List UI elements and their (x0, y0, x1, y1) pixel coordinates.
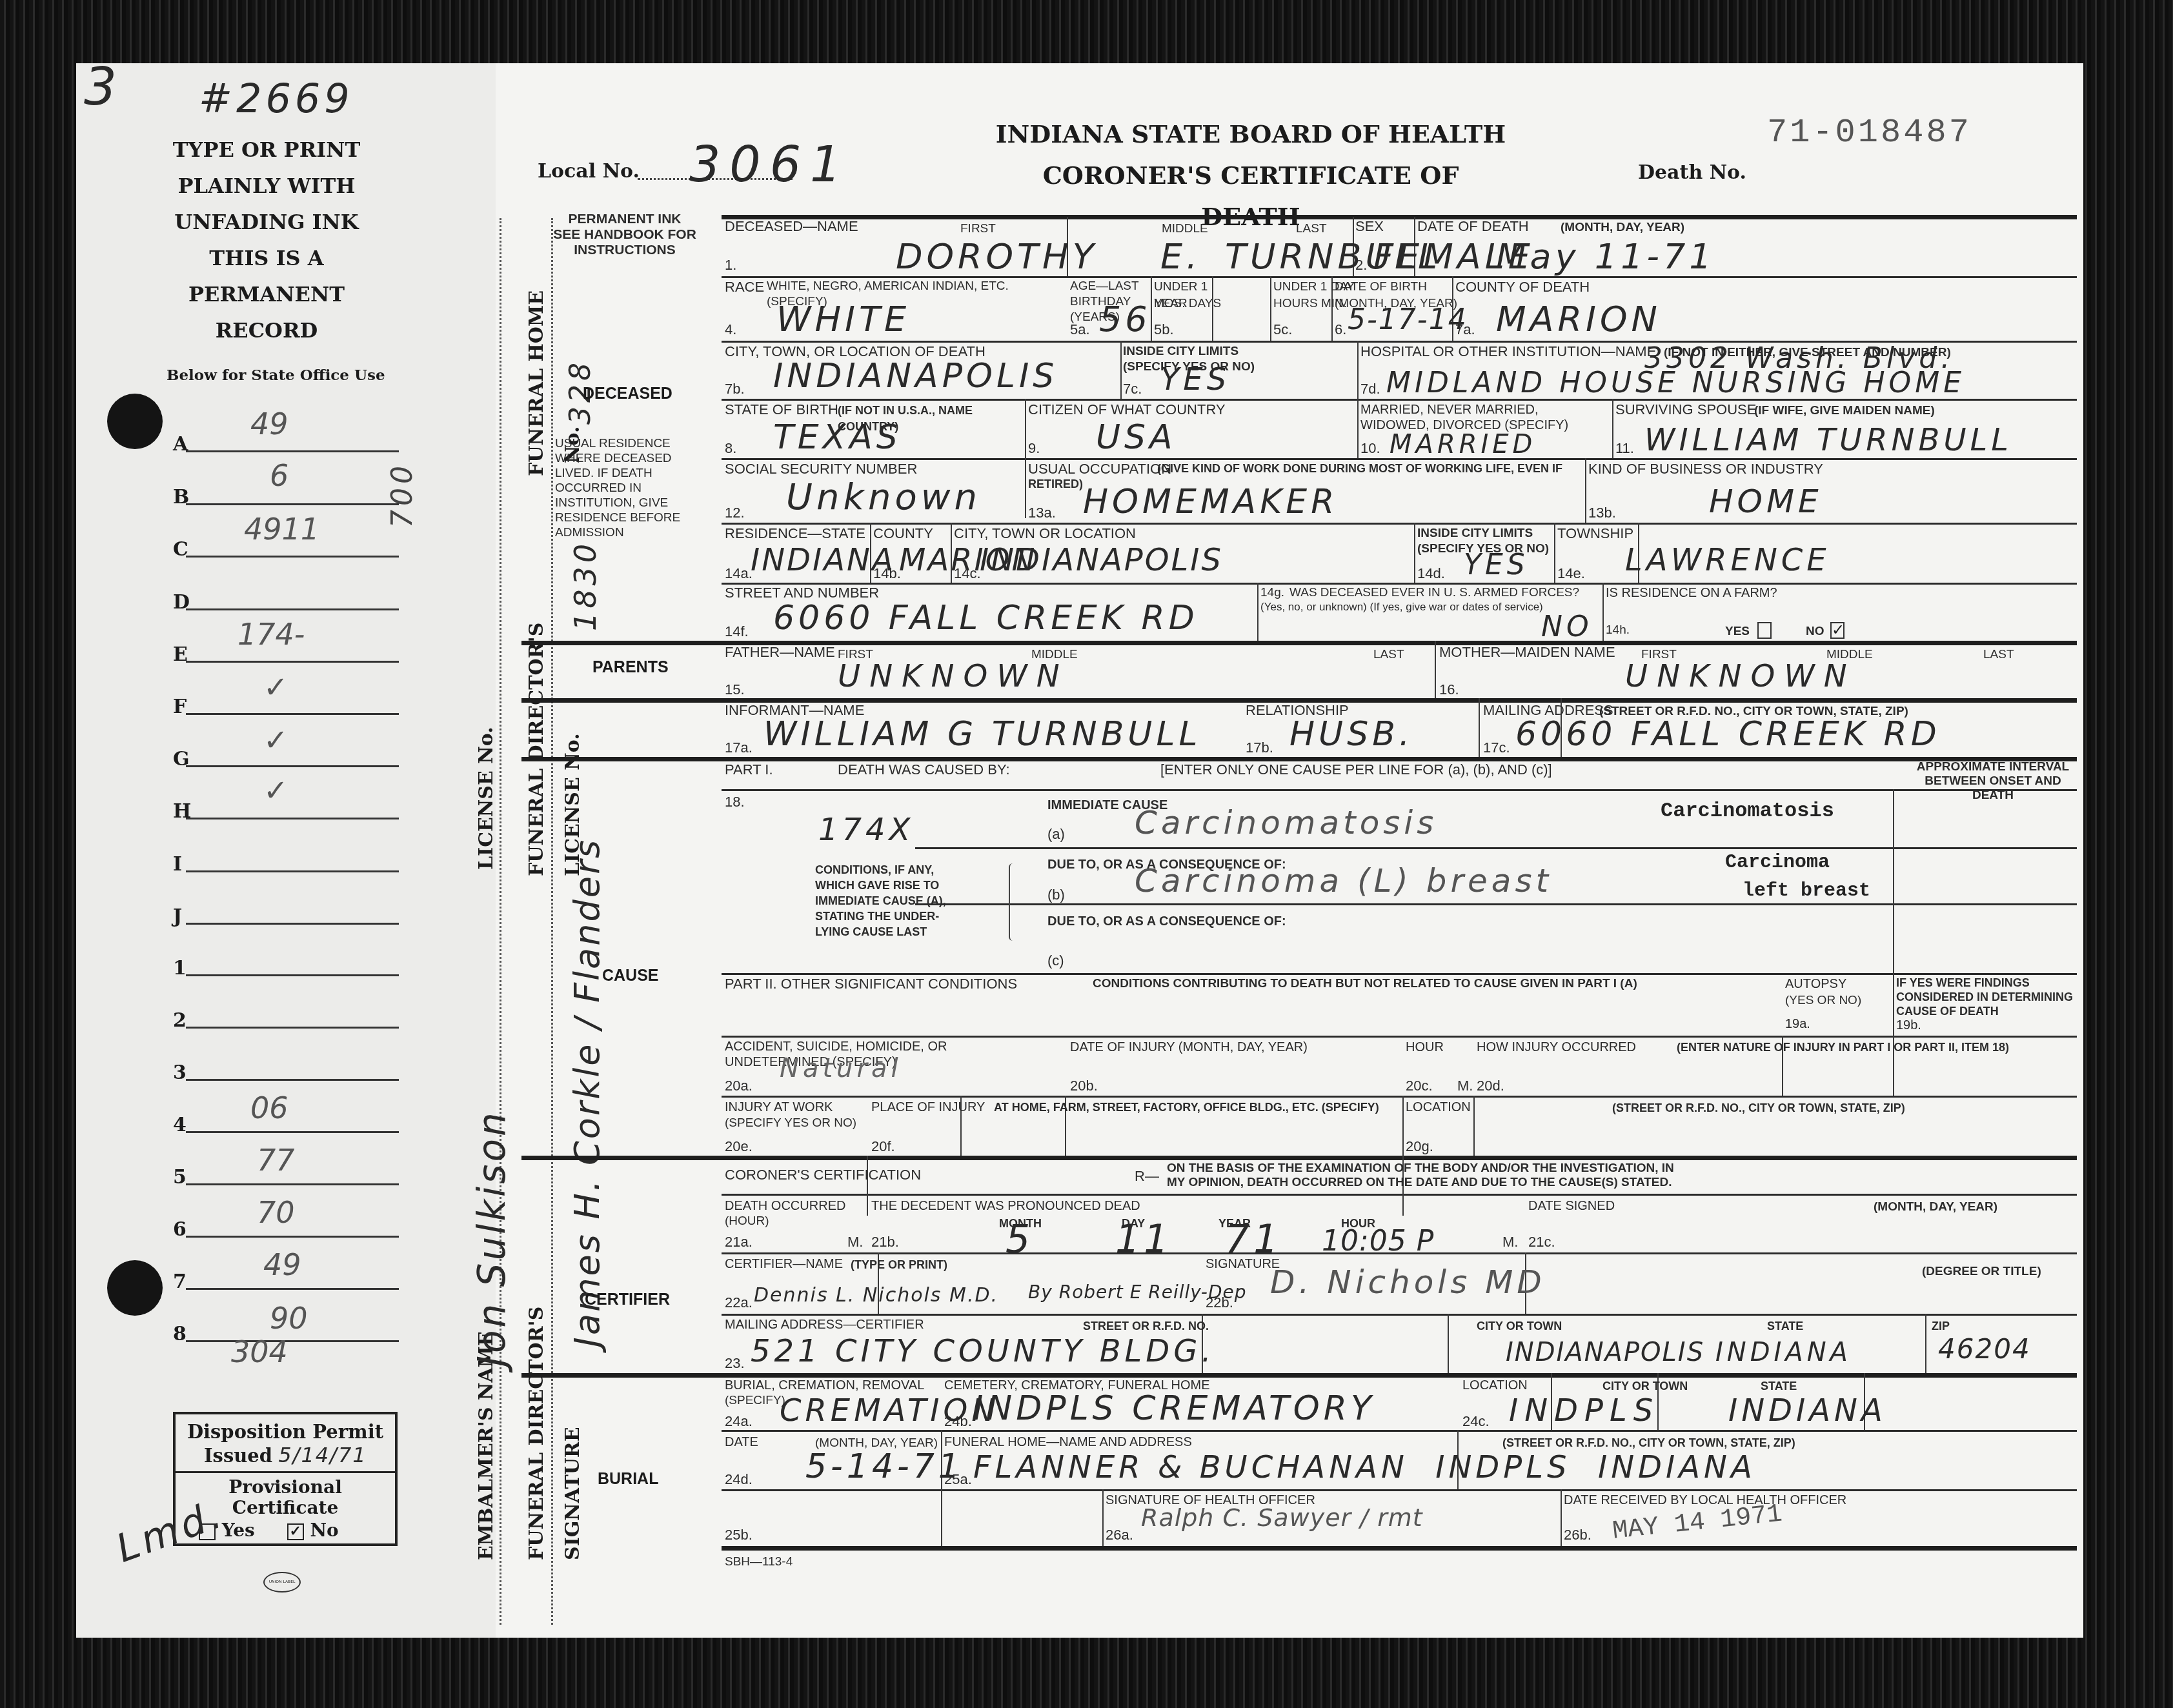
funeral-home-label: FUNERAL HOME (525, 290, 548, 476)
certifier-street: 521 CITY COUNTY BLDG. (751, 1333, 1215, 1369)
institution-name: MIDLAND HOUSE NURSING HOME (1386, 367, 1965, 399)
death-no-value: 71-018487 (1767, 114, 1972, 152)
fd-license-value: 1830 (568, 540, 603, 631)
deceased-middle-name: E. (1160, 236, 1201, 277)
occupation-value: HOMEMAKER (1083, 483, 1338, 521)
permanent-ink-note: PERMANENT INK SEE HANDBOOK FOR INSTRUCTI… (547, 212, 702, 258)
field-E: 174- (238, 617, 305, 652)
certifier-name-value: Dennis L. Nichols M.D. (754, 1284, 998, 1307)
section-cause: CAUSE (602, 967, 659, 985)
date-of-birth-value: 5-17-14 (1348, 303, 1468, 336)
township-value: LAWRENCE (1625, 542, 1830, 578)
stub-instructions: TYPE OR PRINT PLAINLY WITH UNFADING INK … (160, 132, 373, 348)
farm-no-checkbox[interactable]: ✓ (1830, 622, 1845, 639)
pronounced-hour: 10:05 P (1322, 1225, 1434, 1258)
cause-b-handwritten: Carcinoma (L) breast (1135, 862, 1552, 899)
certifier-signature: D. Nichols MD (1270, 1263, 1546, 1301)
certifier-zip: 46204 (1938, 1333, 2031, 1365)
usual-residence-note: USUAL RESIDENCEWHERE DECEASEDLIVED. IF D… (555, 436, 697, 540)
death-no-label: Death No. (1638, 161, 1746, 184)
union-label-logo: UNION LABEL (263, 1572, 301, 1592)
section-parents: PARENTS (592, 658, 669, 677)
side-note: 700 (386, 462, 419, 528)
marital-status-value: MARRIED (1390, 430, 1536, 459)
punch-hole (107, 394, 163, 449)
armed-forces-value: NO (1541, 610, 1593, 643)
fd-signature-label-1: FUNERAL DIRECTOR'S (525, 1307, 548, 1560)
mother-name-value: UNKNOWN (1625, 658, 1856, 694)
field-B: 6 (270, 458, 288, 493)
cause-a-handwritten: Carcinomatosis (1135, 804, 1437, 841)
fd-license-label-1: FUNERAL DIRECTOR'S (525, 623, 548, 876)
field-6: 70 (257, 1195, 295, 1230)
manner-of-death-value: Natural (780, 1054, 902, 1083)
field-H: ✓ (263, 773, 288, 808)
field-4: 06 (250, 1090, 288, 1125)
cause-a-typed: Carcinomatosis (1661, 799, 1834, 823)
conditions-note: CONDITIONS, IF ANY,WHICH GAVE RISE TOIMM… (815, 862, 946, 939)
fd-signature-value: James H. Corkle / Flanders (567, 838, 607, 1347)
race-value: WHITE (776, 299, 910, 339)
field-8: 90 (270, 1301, 308, 1336)
form-code: SBH—113-4 (725, 1554, 793, 1571)
pronounced-month: 5 (1006, 1217, 1034, 1262)
inside-city-limits-value: YES (1160, 361, 1230, 397)
street-address-value: 6060 FALL CREEK RD (773, 599, 1198, 638)
embalmer-license-label: LICENSE No. (475, 727, 498, 870)
health-officer-signature: Ralph C. Sawyer / rmt (1141, 1503, 1423, 1532)
disposition-date-value: 5-14-71 (805, 1447, 964, 1486)
certifier-state: INDIANA (1715, 1338, 1852, 1367)
provisional-no-checkbox[interactable]: ✓ (287, 1523, 304, 1540)
date-of-death-value: May 11-71 (1496, 236, 1715, 277)
cause-code: 174X (818, 812, 915, 848)
perforation-line (500, 218, 501, 1625)
residence-city-value: INDIANAPOLIS (980, 542, 1223, 578)
section-burial: BURIAL (598, 1470, 658, 1489)
field-G: ✓ (263, 723, 288, 758)
relationship-value: HUSB. (1289, 715, 1413, 754)
cause-b-typed-2: left breast (1743, 880, 1870, 902)
county-of-death-value: MARION (1496, 299, 1661, 339)
local-no-value: 3061 (689, 136, 850, 193)
field-C: 4911 (244, 512, 319, 547)
page-mark: 3 (84, 57, 121, 117)
local-no-label: Local No. (538, 160, 640, 183)
farm-yes-checkbox[interactable] (1757, 622, 1772, 639)
certifier-city: INDIANAPOLIS (1506, 1338, 1704, 1367)
business-value: HOME (1709, 483, 1823, 520)
funeral-home-value: FLANNER & BUCHANAN INDPLS INDIANA (973, 1449, 1756, 1485)
pronounced-day: 11 (1115, 1217, 1172, 1262)
age-value: 56 (1099, 299, 1151, 339)
disposition-issued-date: 5/14/71 (278, 1443, 367, 1467)
field-A: 49 (250, 407, 288, 441)
surviving-spouse-value: WILLIAM TURNBULL (1644, 422, 2012, 458)
interval-header: APPROXIMATE INTERVALBETWEEN ONSET AND DE… (1909, 760, 2077, 803)
field-5: 77 (257, 1143, 295, 1178)
residence-inside-limits-value: YES (1464, 548, 1529, 581)
field-8-extra: 304 (231, 1334, 288, 1369)
state-of-birth-value: TEXAS (773, 418, 902, 457)
informant-name-value: WILLIAM G TURNBULL (763, 715, 1201, 754)
state-office-title: Below for State Office Use (167, 367, 385, 384)
deceased-first-name: DOROTHY (896, 236, 1098, 277)
informant-address-value: 6060 FALL CREEK RD (1515, 715, 1941, 754)
ssn-value: Unknown (786, 476, 981, 518)
citizenship-value: USA (1096, 418, 1177, 457)
crematory-state: INDIANA (1728, 1392, 1886, 1429)
crematory-city: INDPLS (1509, 1392, 1659, 1429)
section-certifier: CERTIFIER (585, 1291, 670, 1309)
fd-signature-label-2: SIGNATURE (561, 1427, 584, 1560)
field-7: 49 (263, 1247, 301, 1282)
field-F: ✓ (263, 670, 288, 705)
perforation-line (551, 218, 553, 1625)
crematory-value: INDPLS CREMATORY (973, 1389, 1375, 1428)
death-certificate: 3 #2669 TYPE OR PRINT PLAINLY WITH UNFAD… (76, 63, 2083, 1638)
file-number: #2669 (199, 75, 354, 122)
punch-hole (107, 1260, 163, 1316)
embalmer-name-value: Jon Sulkison (470, 1110, 514, 1367)
section-deceased: DECEASED (583, 385, 672, 403)
father-name-value: UNKNOWN (838, 658, 1069, 694)
cause-b-typed-1: Carcinoma (1725, 852, 1830, 874)
fd-license-label-2: LICENSE No. (561, 733, 584, 876)
city-of-death-value: INDIANAPOLIS (773, 357, 1058, 396)
